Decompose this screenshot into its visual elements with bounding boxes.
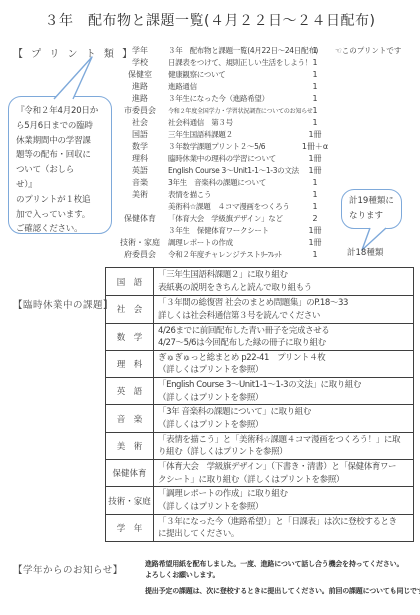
print-item-category: 理科 [112,153,168,164]
print-item-qty: 1 [300,94,330,103]
print-item-qty: 1冊 [300,153,330,164]
homework-subject: 美 術 [106,433,154,459]
print-item-title: 健康観察について [168,69,300,80]
print-item-qty: 1 [300,178,330,187]
homework-line: 「調理レポートの作成」に取り組む [158,488,410,501]
section-heading-homework: 【臨時休業中の課題】 [13,297,113,311]
homework-line: 「三年生国語科課題２」に取り組む [158,269,410,282]
homework-line: 表紙裏の説明をきちんと読んで取り組もう [158,282,410,295]
print-item-category: 美術 [112,189,168,200]
notice-line: 提出予定の課題は、次に登校するときに提出してください。前回の課題についても同じで… [145,586,415,597]
print-item-title: ３年数学課題プリント２～5/6 [168,141,300,152]
print-item-row: 英語 English Course 3～Unit1-1～1-3の文法 1冊 [112,164,414,176]
speech-bubble-added-print: 『令和２年4月20日か ら5月6日までの臨時 休業期間中の学習課 題等の配布・回… [8,96,112,234]
print-item-title: 臨時休業中の理科の学習について [168,153,300,164]
homework-line: 4/27～5/6は今回配布した緑の冊子に取り組む [158,337,410,350]
homework-subject: 国 語 [106,268,154,295]
speech-bubble-total-count: 計19種類に なります [341,189,402,229]
print-item-row: 進路 ３年生になった今（進路希望） 1 [112,92,414,104]
print-item-qty: 1冊 [300,237,330,248]
homework-subject: 社 会 [106,296,154,322]
print-item-qty: 1 [300,190,330,199]
print-item-qty: 1冊 [300,165,330,176]
print-item-row: 音楽 3年生 音楽科の課題について 1 [112,176,414,188]
homework-line: クシート」に取り組む（詳しくはプリントを参照） [158,474,410,487]
homework-row: 国 語 「三年生国語科課題２」に取り組む 表紙裏の説明をきちんと読んで取り組もう [106,268,413,295]
print-item-title: 3年生 音楽科の課題について [168,177,300,188]
print-item-category: 英語 [112,165,168,176]
print-item-title: 表情を描こう [168,189,300,200]
print-item-title: 進路通信 [168,81,300,92]
homework-content: 「3年 音楽科の課題について」に取り組む （詳しくはプリントを参照） [154,405,413,431]
homework-content: 4/26までに前回配布した青い冊子を完成させる 4/27～5/6は今回配布した緑… [154,324,413,350]
section-heading-notice: 【学年からのお知らせ】 [13,562,123,576]
homework-line: 詳しくは社会科通信第３号を読んでください [158,310,410,323]
homework-line: 4/26までに前回配布した青い冊子を完成させる [158,325,410,338]
homework-subject: 音 楽 [106,405,154,431]
homework-line: 「３年になった今（進路希望）」と「日課表」は次に登校するとき [158,516,410,529]
print-item-title: 社会科通信 第３号 [168,117,300,128]
print-item-qty: 1 [300,202,330,211]
print-item-row: 理科 臨時休業中の理科の学習について 1冊 [112,152,414,164]
homework-line: （詳しくはプリントを参照） [158,501,410,514]
homework-row: 数 学 4/26までに前回配布した青い冊子を完成させる 4/27～5/6は今回配… [106,323,413,350]
print-item-qty: 1 [300,106,330,115]
print-item-qty: 1 [300,82,330,91]
print-item-title: 令和２年度全国学力・学習状況調査についてのお知らせ [168,106,300,115]
print-item-title: ３年生になった今（進路希望） [168,93,300,104]
speech-bubble-tail [40,54,100,102]
homework-line: 「English Course 3～Unit1-1～1-3の文法」に取り組む [158,379,410,392]
print-item-qty: 2 [300,214,330,223]
print-item-row: 学年 ３年 配布物と課題一覧(4月22日～24日配布) 1 ☜このプリントです [112,44,414,56]
homework-line: 「３年間の総復習 社会のまとめ問題集」のP.18～33 [158,297,410,310]
print-item-title: 三年生国語科課題２ [168,129,300,140]
homework-subject: 英 語 [106,378,154,404]
homework-row: 社 会 「３年間の総復習 社会のまとめ問題集」のP.18～33 詳しくは社会科通… [106,295,413,322]
homework-table: 国 語 「三年生国語科課題２」に取り組む 表紙裏の説明をきちんと読んで取り組もう… [105,267,414,542]
homework-line: （詳しくはプリントを参照） [158,392,410,405]
homework-content: 「三年生国語科課題２」に取り組む 表紙裏の説明をきちんと読んで取り組もう [154,268,413,295]
homework-content: 「表情を描こう」と「美術科☆課題４コマ漫画をつくろう！」に取 り組む（詳しくはプ… [154,433,413,459]
homework-content: 「３年間の総復習 社会のまとめ問題集」のP.18～33 詳しくは社会科通信第３号… [154,296,413,322]
print-item-title: 日課表をつけて、規則正しい生活をしよう！ [168,57,300,68]
print-item-row: 数学 ３年数学課題プリント２～5/6 1冊＋α [112,140,414,152]
homework-subject: 学 年 [106,515,154,541]
print-item-category: 保健室 [112,69,168,80]
page-title: ３年 配布物と課題一覧(４月２２日～２４日配布) [0,10,420,30]
print-item-title: 美術科☆課題 ４コマ漫画をつくろう [168,201,300,212]
homework-line: 「体育大会 学級旗デザイン」（下書き・清書）と「保健体育ワー [158,461,410,474]
homework-line: （詳しくはプリントを参照） [158,419,410,432]
homework-line: り組む（詳しくはプリントを参照） [158,446,410,459]
print-item-category: 数学 [112,141,168,152]
homework-row: 理 科 ぎゅぎゅっと総まとめ p22-41 プリント４枚 （詳しくはプリントを参… [106,350,413,377]
print-item-note: ☜このプリントです [330,45,414,56]
homework-line: 「3年 音楽科の課題について」に取り組む [158,406,410,419]
homework-content: ぎゅぎゅっと総まとめ p22-41 プリント４枚 （詳しくはプリントを参照） [154,351,413,377]
print-item-title: 調理レポートの作成 [168,237,300,248]
homework-subject: 理 科 [106,351,154,377]
homework-content: 「調理レポートの作成」に取り組む （詳しくはプリントを参照） [154,487,413,513]
print-item-category: 進路 [112,81,168,92]
homework-line: ぎゅぎゅっと総まとめ p22-41 プリント４枚 [158,352,410,365]
print-item-category: 府委員会 [112,249,168,260]
print-item-qty: 1 [300,58,330,67]
print-item-row: 社会 社会科通信 第３号 1 [112,116,414,128]
print-item-category: 技術・家庭 [112,237,168,248]
homework-subject: 保健体育 [106,460,154,486]
print-item-category: 学校 [112,57,168,68]
homework-row: 美 術 「表情を描こう」と「美術科☆課題４コマ漫画をつくろう！」に取 り組む（詳… [106,432,413,459]
notice-line: 進路希望用紙を配布しました。一度、進路について話し合う機会を持ってください。 [145,559,415,570]
homework-row: 音 楽 「3年 音楽科の課題について」に取り組む （詳しくはプリントを参照） [106,404,413,431]
homework-row: 保健体育 「体育大会 学級旗デザイン」（下書き・清書）と「保健体育ワー クシート… [106,459,413,486]
print-item-title: English Course 3～Unit1-1～1-3の文法 [168,165,300,176]
print-item-row: 市委員会 令和２年度全国学力・学習状況調査についてのお知らせ 1 [112,104,414,116]
homework-line: 「表情を描こう」と「美術科☆課題４コマ漫画をつくろう！」に取 [158,434,410,447]
print-item-qty: 1 [300,118,330,127]
print-item-row: 保健室 健康観察について 1 [112,68,414,80]
homework-content: 「体育大会 学級旗デザイン」（下書き・清書）と「保健体育ワー クシート」に取り組… [154,460,413,486]
print-item-category: 国語 [112,129,168,140]
print-item-qty: 1冊 [300,129,330,140]
print-item-title: ３年生 保健体育ワークシート [168,225,300,236]
notice-line: よろしくお願いします。 [145,570,415,581]
homework-row: 技術・家庭 「調理レポートの作成」に取り組む （詳しくはプリントを参照） [106,486,413,513]
print-item-qty: 1 [300,70,330,79]
homework-row: 英 語 「English Course 3～Unit1-1～1-3の文法」に取り… [106,377,413,404]
print-item-category: 社会 [112,117,168,128]
homework-content: 「English Course 3～Unit1-1～1-3の文法」に取り組む （… [154,378,413,404]
print-item-category: 保健体育 [112,213,168,224]
total-count-label: 計18種類 [347,246,383,258]
print-item-row: 学校 日課表をつけて、規則正しい生活をしよう！ 1 [112,56,414,68]
print-item-title: 令和２年度チャレンジテストﾘｰﾌﾚｯﾄ [168,249,300,260]
homework-subject: 技術・家庭 [106,487,154,513]
homework-line: に提出してください。 [158,528,410,541]
print-item-category: 市委員会 [112,105,168,116]
print-item-qty: 1 [300,46,330,55]
notice-text: 進路希望用紙を配布しました。一度、進路について話し合う機会を持ってください。 よ… [145,559,415,597]
print-item-title: ３年 配布物と課題一覧(4月22日～24日配布) [168,45,300,56]
print-item-category: 音楽 [112,177,168,188]
print-item-category: 学年 [112,45,168,56]
print-item-qty: 1冊 [300,225,330,236]
print-item-row: 進路 進路通信 1 [112,80,414,92]
print-item-qty: 1 [300,250,330,259]
print-item-row: 国語 三年生国語科課題２ 1冊 [112,128,414,140]
homework-row: 学 年 「３年になった今（進路希望）」と「日課表」は次に登校するとき に提出して… [106,514,413,541]
homework-subject: 数 学 [106,324,154,350]
homework-content: 「３年になった今（進路希望）」と「日課表」は次に登校するとき に提出してください… [154,515,413,541]
homework-line: （詳しくはプリントを参照） [158,364,410,377]
print-item-category: 進路 [112,93,168,104]
print-item-qty: 1冊＋α [300,141,330,152]
print-item-title: 「体育大会 学級旗デザイン」など [168,213,300,224]
